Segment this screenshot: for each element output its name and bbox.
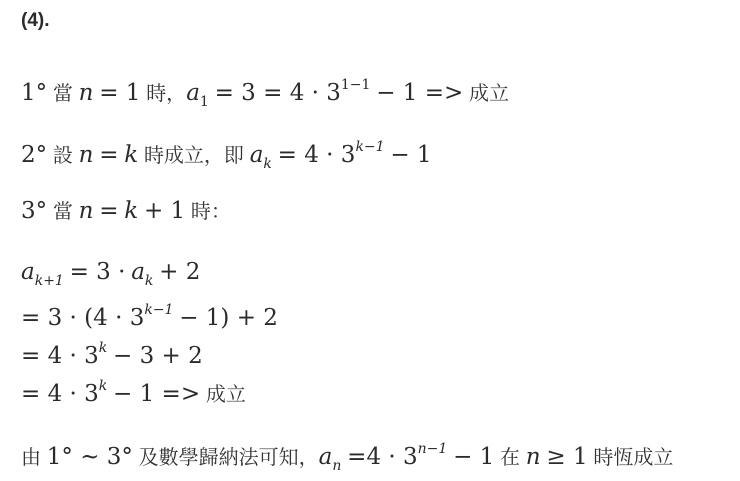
derivation-line-1: ak+1 = 3 · ak + 2 — [21, 257, 200, 296]
derivation-line-4: = 4 · 3k − 1 => 成立 — [21, 371, 246, 409]
problem-heading: (4). — [21, 10, 50, 32]
step-label: 1° — [21, 80, 47, 106]
step-2: 2° 設 n = k 時成立，即 ak = 4 · 3k−1 − 1 — [21, 132, 432, 179]
step-3: 3° 當 n = k + 1 時： — [21, 196, 231, 226]
step-1: 1° 當 n = 1 時，a1 = 3 = 4 · 31−1 − 1 => 成立 — [21, 70, 509, 117]
step-label: 3° — [21, 198, 47, 224]
conclusion: 由 1° ~ 3° 及數學歸納法可知，an =4 · 3n−1 − 1 在 n … — [21, 434, 673, 481]
derivation-line-2: = 3 · (4 · 3k−1 − 1) + 2 — [21, 295, 278, 333]
step-label: 2° — [21, 142, 47, 168]
derivation-line-3: = 4 · 3k − 3 + 2 — [21, 333, 203, 371]
